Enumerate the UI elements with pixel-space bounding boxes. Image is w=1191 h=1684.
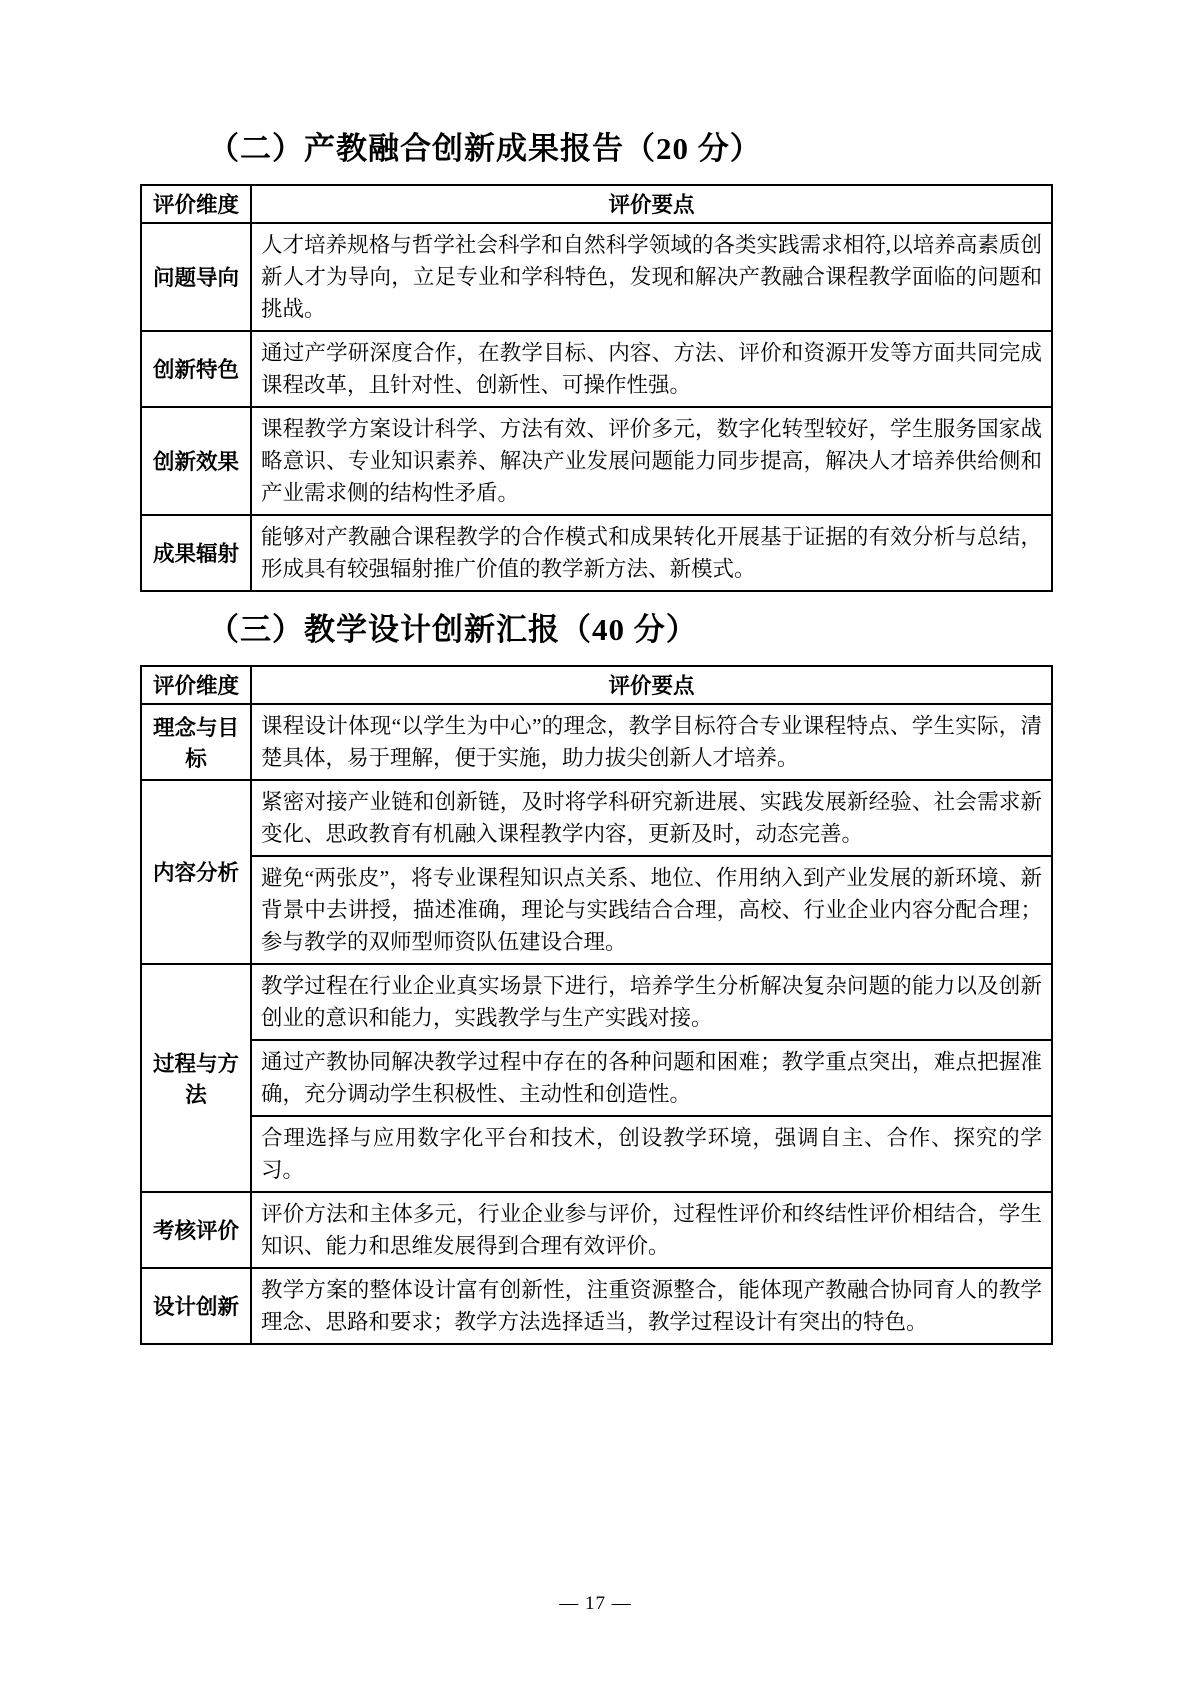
section-title-industry-education-report: （二）产教融合创新成果报告（20 分）: [140, 128, 1053, 170]
point-cell: 课程教学方案设计科学、方法有效、评价多元，数字化转型较好，学生服务国家战略意识、…: [251, 407, 1052, 515]
header-dimension: 评价维度: [141, 185, 251, 223]
table-row: 内容分析 紧密对接产业链和创新链，及时将学科研究新进展、实践发展新经验、社会需求…: [141, 780, 1052, 856]
table-row: 考核评价 评价方法和主体多元，行业企业参与评价，过程性评价和终结性评价相结合，学…: [141, 1192, 1052, 1268]
evaluation-table-presentation: 评价维度 评价要点 理念与目标 课程设计体现“以学生为中心”的理念，教学目标符合…: [140, 665, 1053, 1345]
point-cell: 评价方法和主体多元，行业企业参与评价，过程性评价和终结性评价相结合，学生知识、能…: [251, 1192, 1052, 1268]
point-cell: 能够对产教融合课程教学的合作模式和成果转化开展基于证据的有效分析与总结，形成具有…: [251, 515, 1052, 591]
dimension-cell: 创新特色: [141, 331, 251, 407]
header-points: 评价要点: [251, 666, 1052, 704]
table-row: 理念与目标 课程设计体现“以学生为中心”的理念，教学目标符合专业课程特点、学生实…: [141, 704, 1052, 780]
table-row: 通过产教协同解决教学过程中存在的各种问题和困难；教学重点突出，难点把握准确，充分…: [141, 1040, 1052, 1116]
table-row: 过程与方法 教学过程在行业企业真实场景下进行，培养学生分析解决复杂问题的能力以及…: [141, 964, 1052, 1040]
dimension-cell: 创新效果: [141, 407, 251, 515]
section-title-teaching-design-presentation: （三）教学设计创新汇报（40 分）: [140, 609, 1053, 651]
document-page: （二）产教融合创新成果报告（20 分） 评价维度 评价要点 问题导向 人才培养规…: [140, 128, 1053, 1345]
dimension-cell: 考核评价: [141, 1192, 251, 1268]
dimension-cell: 过程与方法: [141, 964, 251, 1192]
dimension-cell: 成果辐射: [141, 515, 251, 591]
table-row: 成果辐射 能够对产教融合课程教学的合作模式和成果转化开展基于证据的有效分析与总结…: [141, 515, 1052, 591]
table-row: 设计创新 教学方案的整体设计富有创新性，注重资源整合，能体现产教融合协同育人的教…: [141, 1268, 1052, 1344]
point-cell: 教学方案的整体设计富有创新性，注重资源整合，能体现产教融合协同育人的教学理念、思…: [251, 1268, 1052, 1344]
evaluation-table-report: 评价维度 评价要点 问题导向 人才培养规格与哲学社会科学和自然科学领域的各类实践…: [140, 184, 1053, 592]
point-cell: 合理选择与应用数字化平台和技术，创设教学环境，强调自主、合作、探究的学习。: [251, 1116, 1052, 1192]
point-cell: 通过产学研深度合作，在教学目标、内容、方法、评价和资源开发等方面共同完成课程改革…: [251, 331, 1052, 407]
dimension-cell: 问题导向: [141, 223, 251, 331]
point-cell: 紧密对接产业链和创新链，及时将学科研究新进展、实践发展新经验、社会需求新变化、思…: [251, 780, 1052, 856]
page-number: — 17 —: [0, 1593, 1191, 1615]
table-header-row: 评价维度 评价要点: [141, 666, 1052, 704]
point-cell: 教学过程在行业企业真实场景下进行，培养学生分析解决复杂问题的能力以及创新创业的意…: [251, 964, 1052, 1040]
point-cell: 通过产教协同解决教学过程中存在的各种问题和困难；教学重点突出，难点把握准确，充分…: [251, 1040, 1052, 1116]
point-cell: 人才培养规格与哲学社会科学和自然科学领域的各类实践需求相符,以培养高素质创新人才…: [251, 223, 1052, 331]
header-dimension: 评价维度: [141, 666, 251, 704]
dimension-cell: 内容分析: [141, 780, 251, 964]
dimension-cell: 设计创新: [141, 1268, 251, 1344]
table-row: 避免“两张皮”，将专业课程知识点关系、地位、作用纳入到产业发展的新环境、新背景中…: [141, 856, 1052, 964]
header-points: 评价要点: [251, 185, 1052, 223]
table-row: 创新特色 通过产学研深度合作，在教学目标、内容、方法、评价和资源开发等方面共同完…: [141, 331, 1052, 407]
point-cell: 课程设计体现“以学生为中心”的理念，教学目标符合专业课程特点、学生实际，清楚具体…: [251, 704, 1052, 780]
dimension-cell: 理念与目标: [141, 704, 251, 780]
point-cell: 避免“两张皮”，将专业课程知识点关系、地位、作用纳入到产业发展的新环境、新背景中…: [251, 856, 1052, 964]
table-row: 问题导向 人才培养规格与哲学社会科学和自然科学领域的各类实践需求相符,以培养高素…: [141, 223, 1052, 331]
table-row: 创新效果 课程教学方案设计科学、方法有效、评价多元，数字化转型较好，学生服务国家…: [141, 407, 1052, 515]
table-header-row: 评价维度 评价要点: [141, 185, 1052, 223]
table-row: 合理选择与应用数字化平台和技术，创设教学环境，强调自主、合作、探究的学习。: [141, 1116, 1052, 1192]
